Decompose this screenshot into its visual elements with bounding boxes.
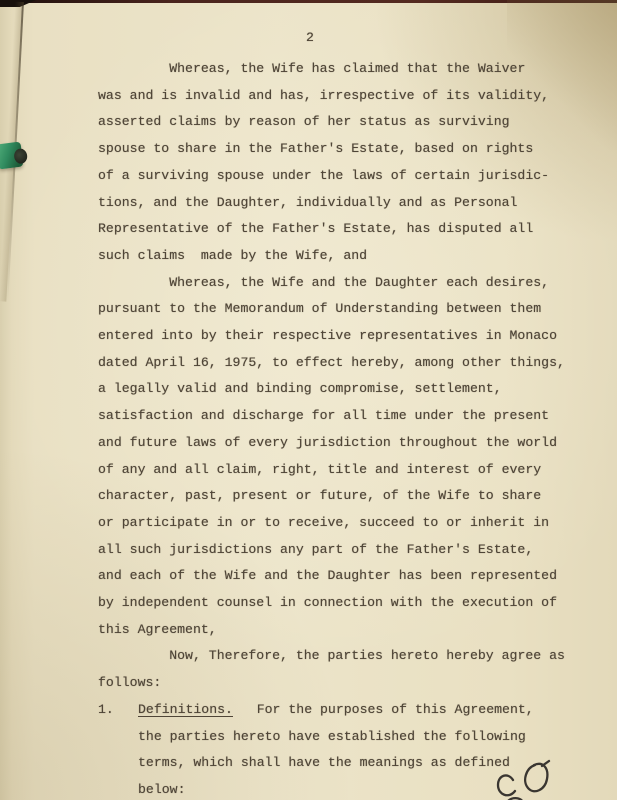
green-fastener: [0, 142, 23, 170]
page-number: 2: [306, 30, 314, 45]
paragraph-whereas-settlement: Whereas, the Wife and the Daughter each …: [98, 270, 574, 644]
item-number: 1.: [98, 697, 138, 724]
paragraph-now-therefore: Now, Therefore, the parties hereto hereb…: [98, 643, 574, 696]
scanned-page: 2 Whereas, the Wife has claimed that the…: [0, 0, 617, 800]
paragraph-whereas-waiver: Whereas, the Wife has claimed that the W…: [98, 56, 574, 270]
definitions-term: Definitions.: [138, 702, 233, 717]
document-body: Whereas, the Wife has claimed that the W…: [98, 56, 574, 800]
handwritten-mark-icon: [490, 757, 556, 800]
